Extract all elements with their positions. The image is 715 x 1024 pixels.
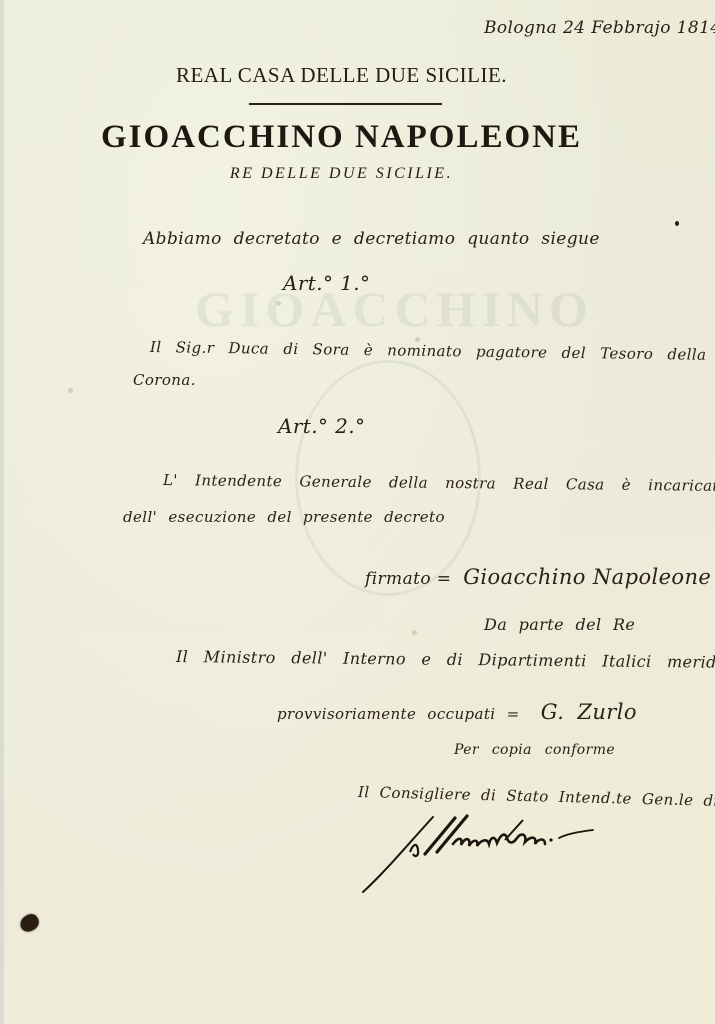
letterhead-title: RE DELLE DUE SICILIE.	[0, 165, 715, 183]
article-2-heading: Art.° 2.°	[278, 414, 365, 438]
decree-preamble: Abbiamo decretato e decretiamo quanto si…	[143, 229, 600, 249]
foxing-spot	[276, 301, 281, 306]
king-signature-line: firmato = Gioacchino Napoleone	[365, 565, 711, 589]
ink-blot	[17, 911, 41, 934]
article-1-heading: Art.° 1.°	[283, 271, 370, 295]
on-behalf-of-king: Da parte del Re	[484, 615, 635, 634]
foxing-spot	[412, 630, 417, 635]
minister-title-text: provvisoriamente occupati =	[277, 705, 520, 723]
article-2-line-1: L' Intendente Generale della nostra Real…	[163, 471, 715, 495]
document-page: GIOACCHINO Bologna 24 Febbrajo 1814. REA…	[0, 0, 715, 1024]
minister-title-line-1: Il Ministro dell' Interno e di Dipartime…	[176, 647, 715, 672]
minister-title-line-2: provvisoriamente occupati = G. Zurlo	[277, 700, 637, 724]
letterhead-king: GIOACCHINO NAPOLEONE	[0, 119, 715, 156]
certified-copy-note: Per copia conforme	[454, 742, 615, 758]
councillor-signature	[355, 812, 605, 897]
minister-signature: G. Zurlo	[541, 700, 637, 724]
letterhead-title-text: RE DELLE DUE SICILIE.	[230, 165, 453, 183]
letterhead-rule	[249, 103, 442, 105]
king-signature: Gioacchino Napoleone	[463, 565, 711, 589]
article-2-line-2: dell' esecuzione del presente decreto	[123, 508, 445, 526]
article-1-line-2: Corona.	[133, 371, 196, 389]
article-1-line-1: Il Sig.r Duca di Sora è nominato pagator…	[150, 338, 707, 364]
councillor-title-line: Il Consigliere di Stato Intend.te Gen.le…	[358, 783, 715, 812]
signed-prefix: firmato =	[365, 569, 451, 589]
date-line: Bologna 24 Febbrajo 1814.	[484, 18, 715, 38]
letterhead-house-text: REAL CASA DELLE DUE SICILIE.	[176, 63, 507, 88]
foxing-spot	[68, 388, 73, 393]
watermark-text: GIOACCHINO	[195, 280, 594, 338]
ink-spot	[675, 221, 679, 226]
letterhead-king-text: GIOACCHINO NAPOLEONE	[101, 119, 582, 156]
foxing-spot	[415, 337, 420, 342]
letterhead-house: REAL CASA DELLE DUE SICILIE.	[0, 63, 715, 88]
